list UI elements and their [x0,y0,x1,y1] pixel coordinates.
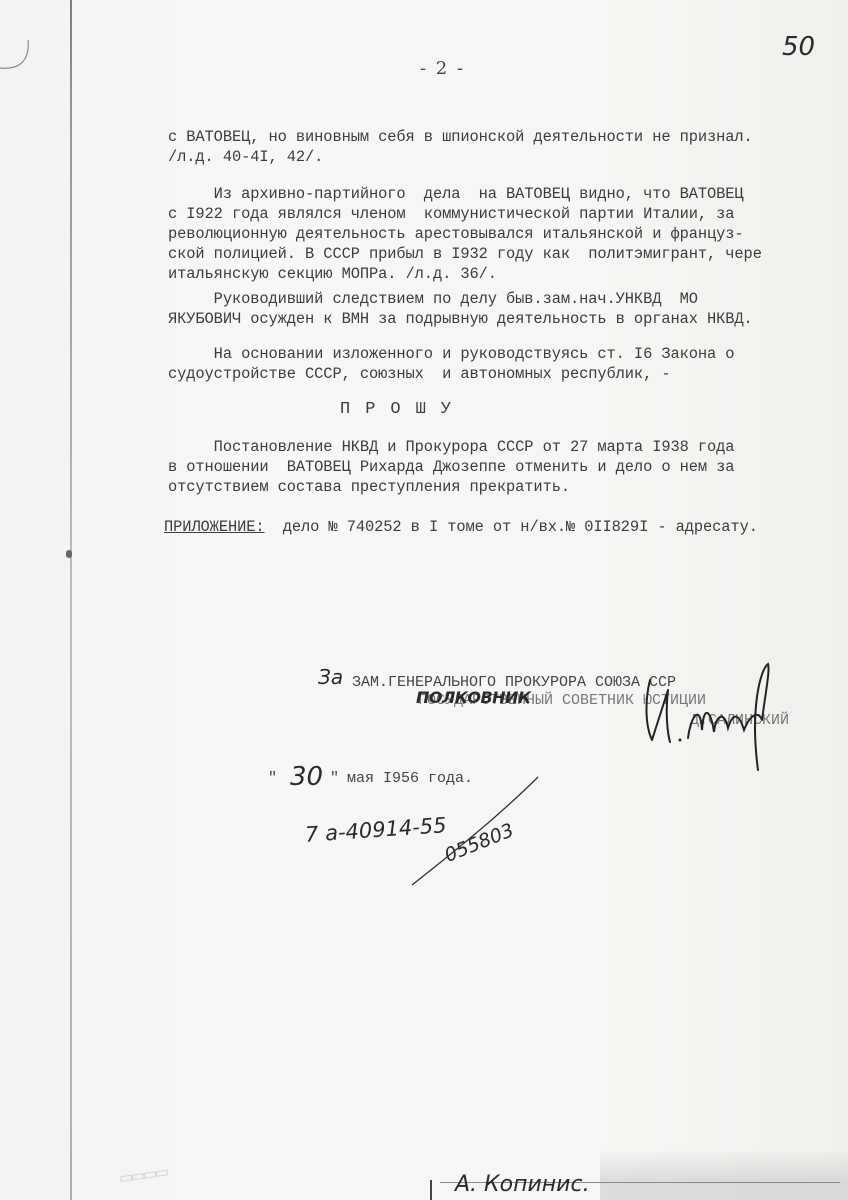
text-line: Из архивно-партийного дела на ВАТОВЕЦ ви… [168,185,744,203]
signature-scribble [640,660,790,780]
handwritten-rank-correction: ПОЛКОВНИК [416,688,531,707]
bottom-signature: А. Копинис. [455,1172,590,1197]
handwritten-za: За [318,665,343,689]
attachment-text: дело № 740252 в I томе от н/вх.№ 0II829I… [265,518,758,536]
punch-hole-mark [66,550,72,558]
registration-slash-line [410,775,550,890]
text-line: революционную деятельность арестовывался… [168,225,744,243]
page-number: - 2 - [420,58,465,79]
text-line: отсутствием состава преступления прекрат… [168,478,570,496]
text-line: Постановление НКВД и Прокурора СССР от 2… [168,438,734,456]
margin-pencil-mark [0,40,40,80]
text-line: в отношении ВАТОВЕЦ Рихарда Джозеппе отм… [168,458,734,476]
attachment-label: ПРИЛОЖЕНИЕ: [164,518,265,536]
date-quote-open: " [268,770,277,787]
text-line: /л.д. 40-4I, 42/. [168,148,323,166]
document-page [0,0,848,1200]
text-line: ской полицией. В СССР прибыл в I932 году… [168,245,762,263]
text-line: На основании изложенного и руководствуяс… [168,345,734,363]
bottom-tick [430,1180,432,1200]
text-line: с I922 года являлся членом коммунистичес… [168,205,734,223]
text-line: ЯКУБОВИЧ осужден к ВМН за подрывную деят… [168,310,753,328]
binding-margin-line [70,0,72,1200]
scan-shadow [600,1150,848,1200]
text-line: Руководивший следствием по делу быв.зам.… [168,290,698,308]
text-line: с ВАТОВЕЦ, но виновным себя в шпионской … [168,128,753,146]
text-line: итальянскую секцию МОПРа. /л.д. 36/. [168,265,497,283]
sheet-number-handwritten: 50 [782,32,815,62]
date-day-handwritten: 30 [290,762,323,792]
attachment-line: ПРИЛОЖЕНИЕ: дело № 740252 в I томе от н/… [164,518,758,536]
request-heading: ПРОШУ [340,400,466,419]
text-line: судоустройстве СССР, союзных и автономны… [168,365,670,383]
